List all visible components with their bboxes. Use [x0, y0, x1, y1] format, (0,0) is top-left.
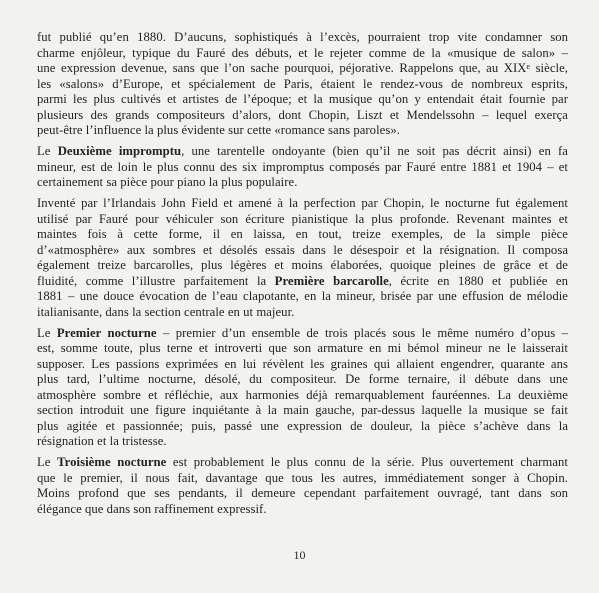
paragraph: fut publié qu’en 1880. D’aucuns, sophist…: [37, 30, 568, 139]
text-segment: plus agitée et passionnée; puis, passé u…: [37, 419, 568, 433]
text-segment: élégance que dans son raffinement expres…: [37, 502, 267, 516]
text-segment: plus tard, l’ultime nocturne, désolé, du…: [37, 372, 568, 386]
page-number: 10: [0, 548, 599, 562]
text-segment: est, somme toute, plus terne et introver…: [37, 341, 568, 355]
bold-text: Première barcarolle: [275, 274, 389, 288]
text-segment: section introduit une figure inquiétante…: [37, 403, 568, 417]
text-line: supposer. Les passions exprimées en lui …: [37, 357, 568, 373]
text-line: certainement sa pièce pour piano la plus…: [37, 175, 568, 191]
paragraph: Inventé par l’Irlandais John Field et am…: [37, 196, 568, 320]
text-segment: 1881 – une douce évocation de l’eau clap…: [37, 289, 568, 303]
paragraph: Le Troisième nocturne est probablement l…: [37, 455, 568, 517]
text-segment: d’«atmosphère» aux sombres et désolés es…: [37, 243, 568, 257]
text-line: les «salons» d’Europe, et spécialement d…: [37, 77, 568, 93]
text-segment: est probablement le plus connu de la sér…: [166, 455, 568, 469]
superscript-text: e: [526, 62, 530, 71]
text-segment: plusieurs des grands compositeurs d’alor…: [37, 108, 568, 122]
text-segment: une expression devenue, sans que l’on sa…: [37, 61, 526, 75]
text-line: Le Premier nocturne – premier d’un ensem…: [37, 326, 568, 342]
text-segment: maintes fois à cette forme, il en laissa…: [37, 227, 568, 241]
text-line: résignation et la tristesse.: [37, 434, 568, 450]
text-segment: mineur, est de loin le plus connu des si…: [37, 160, 568, 174]
text-segment: également treize barcarolles, plus légèr…: [37, 258, 568, 272]
text-segment: atmosphère sombre et réfléchie, aux harm…: [37, 388, 568, 402]
text-line: plus agitée et passionnée; puis, passé u…: [37, 419, 568, 435]
text-segment: Le: [37, 455, 57, 469]
text-line: que le premier, il nous fait, davantage …: [37, 471, 568, 487]
text-line: mineur, est de loin le plus connu des si…: [37, 160, 568, 176]
text-line: peut-être l’influence la plus évidente s…: [37, 123, 568, 139]
text-line: fut publié qu’en 1880. D’aucuns, sophist…: [37, 30, 568, 46]
text-line: utilisé par Fauré pour véhiculer son écr…: [37, 212, 568, 228]
text-line: d’«atmosphère» aux sombres et désolés es…: [37, 243, 568, 259]
text-segment: – premier d’un ensemble de trois placés …: [157, 326, 568, 340]
text-segment: Le: [37, 326, 57, 340]
text-line: 1881 – une douce évocation de l’eau clap…: [37, 289, 568, 305]
text-segment: , écrite en 1880 et publiée en: [389, 274, 568, 288]
text-segment: certainement sa pièce pour piano la plus…: [37, 175, 297, 189]
bold-text: Deuxième impromptu: [58, 144, 181, 158]
text-line: une expression devenue, sans que l’on sa…: [37, 61, 568, 77]
text-segment: que le premier, il nous fait, davantage …: [37, 471, 568, 485]
text-segment: charme enjôleur, typique du Fauré des dé…: [37, 46, 568, 60]
text-segment: parmi les plus cultivés et artistes de l…: [37, 92, 568, 106]
text-line: parmi les plus cultivés et artistes de l…: [37, 92, 568, 108]
text-line: plus tard, l’ultime nocturne, désolé, du…: [37, 372, 568, 388]
text-line: plusieurs des grands compositeurs d’alor…: [37, 108, 568, 124]
text-line: atmosphère sombre et réfléchie, aux harm…: [37, 388, 568, 404]
text-line: est, somme toute, plus terne et introver…: [37, 341, 568, 357]
text-line: maintes fois à cette forme, il en laissa…: [37, 227, 568, 243]
text-segment: Moins profond que ses pendants, il demeu…: [37, 486, 568, 500]
text-segment: siècle,: [530, 61, 568, 75]
text-line: Le Troisième nocturne est probablement l…: [37, 455, 568, 471]
text-line: Le Deuxième impromptu, une tarentelle on…: [37, 144, 568, 160]
text-line: fluidité, comme l’illustre parfaitement …: [37, 274, 568, 290]
text-line: charme enjôleur, typique du Fauré des dé…: [37, 46, 568, 62]
text-segment: fut publié qu’en 1880. D’aucuns, sophist…: [37, 30, 568, 44]
paragraph: Le Premier nocturne – premier d’un ensem…: [37, 326, 568, 450]
text-line: également treize barcarolles, plus légèr…: [37, 258, 568, 274]
bold-text: Premier nocturne: [57, 326, 157, 340]
text-line: élégance que dans son raffinement expres…: [37, 502, 568, 518]
text-segment: Inventé par l’Irlandais John Field et am…: [37, 196, 568, 210]
text-line: section introduit une figure inquiétante…: [37, 403, 568, 419]
bold-text: Troisième nocturne: [57, 455, 166, 469]
text-segment: supposer. Les passions exprimées en lui …: [37, 357, 568, 371]
text-segment: résignation et la tristesse.: [37, 434, 167, 448]
text-line: Inventé par l’Irlandais John Field et am…: [37, 196, 568, 212]
booklet-page: fut publié qu’en 1880. D’aucuns, sophist…: [0, 0, 599, 593]
text-segment: fluidité, comme l’illustre parfaitement …: [37, 274, 275, 288]
paragraph: Le Deuxième impromptu, une tarentelle on…: [37, 144, 568, 191]
text-segment: utilisé par Fauré pour véhiculer son écr…: [37, 212, 568, 226]
text-line: Moins profond que ses pendants, il demeu…: [37, 486, 568, 502]
text-block: fut publié qu’en 1880. D’aucuns, sophist…: [37, 30, 568, 523]
text-segment: les «salons» d’Europe, et spécialement d…: [37, 77, 568, 91]
text-segment: italianisante, dans la section centrale …: [37, 305, 294, 319]
text-segment: peut-être l’influence la plus évidente s…: [37, 123, 400, 137]
text-segment: Le: [37, 144, 58, 158]
text-line: italianisante, dans la section centrale …: [37, 305, 568, 321]
text-segment: , une tarentelle ondoyante (bien qu’il n…: [181, 144, 568, 158]
